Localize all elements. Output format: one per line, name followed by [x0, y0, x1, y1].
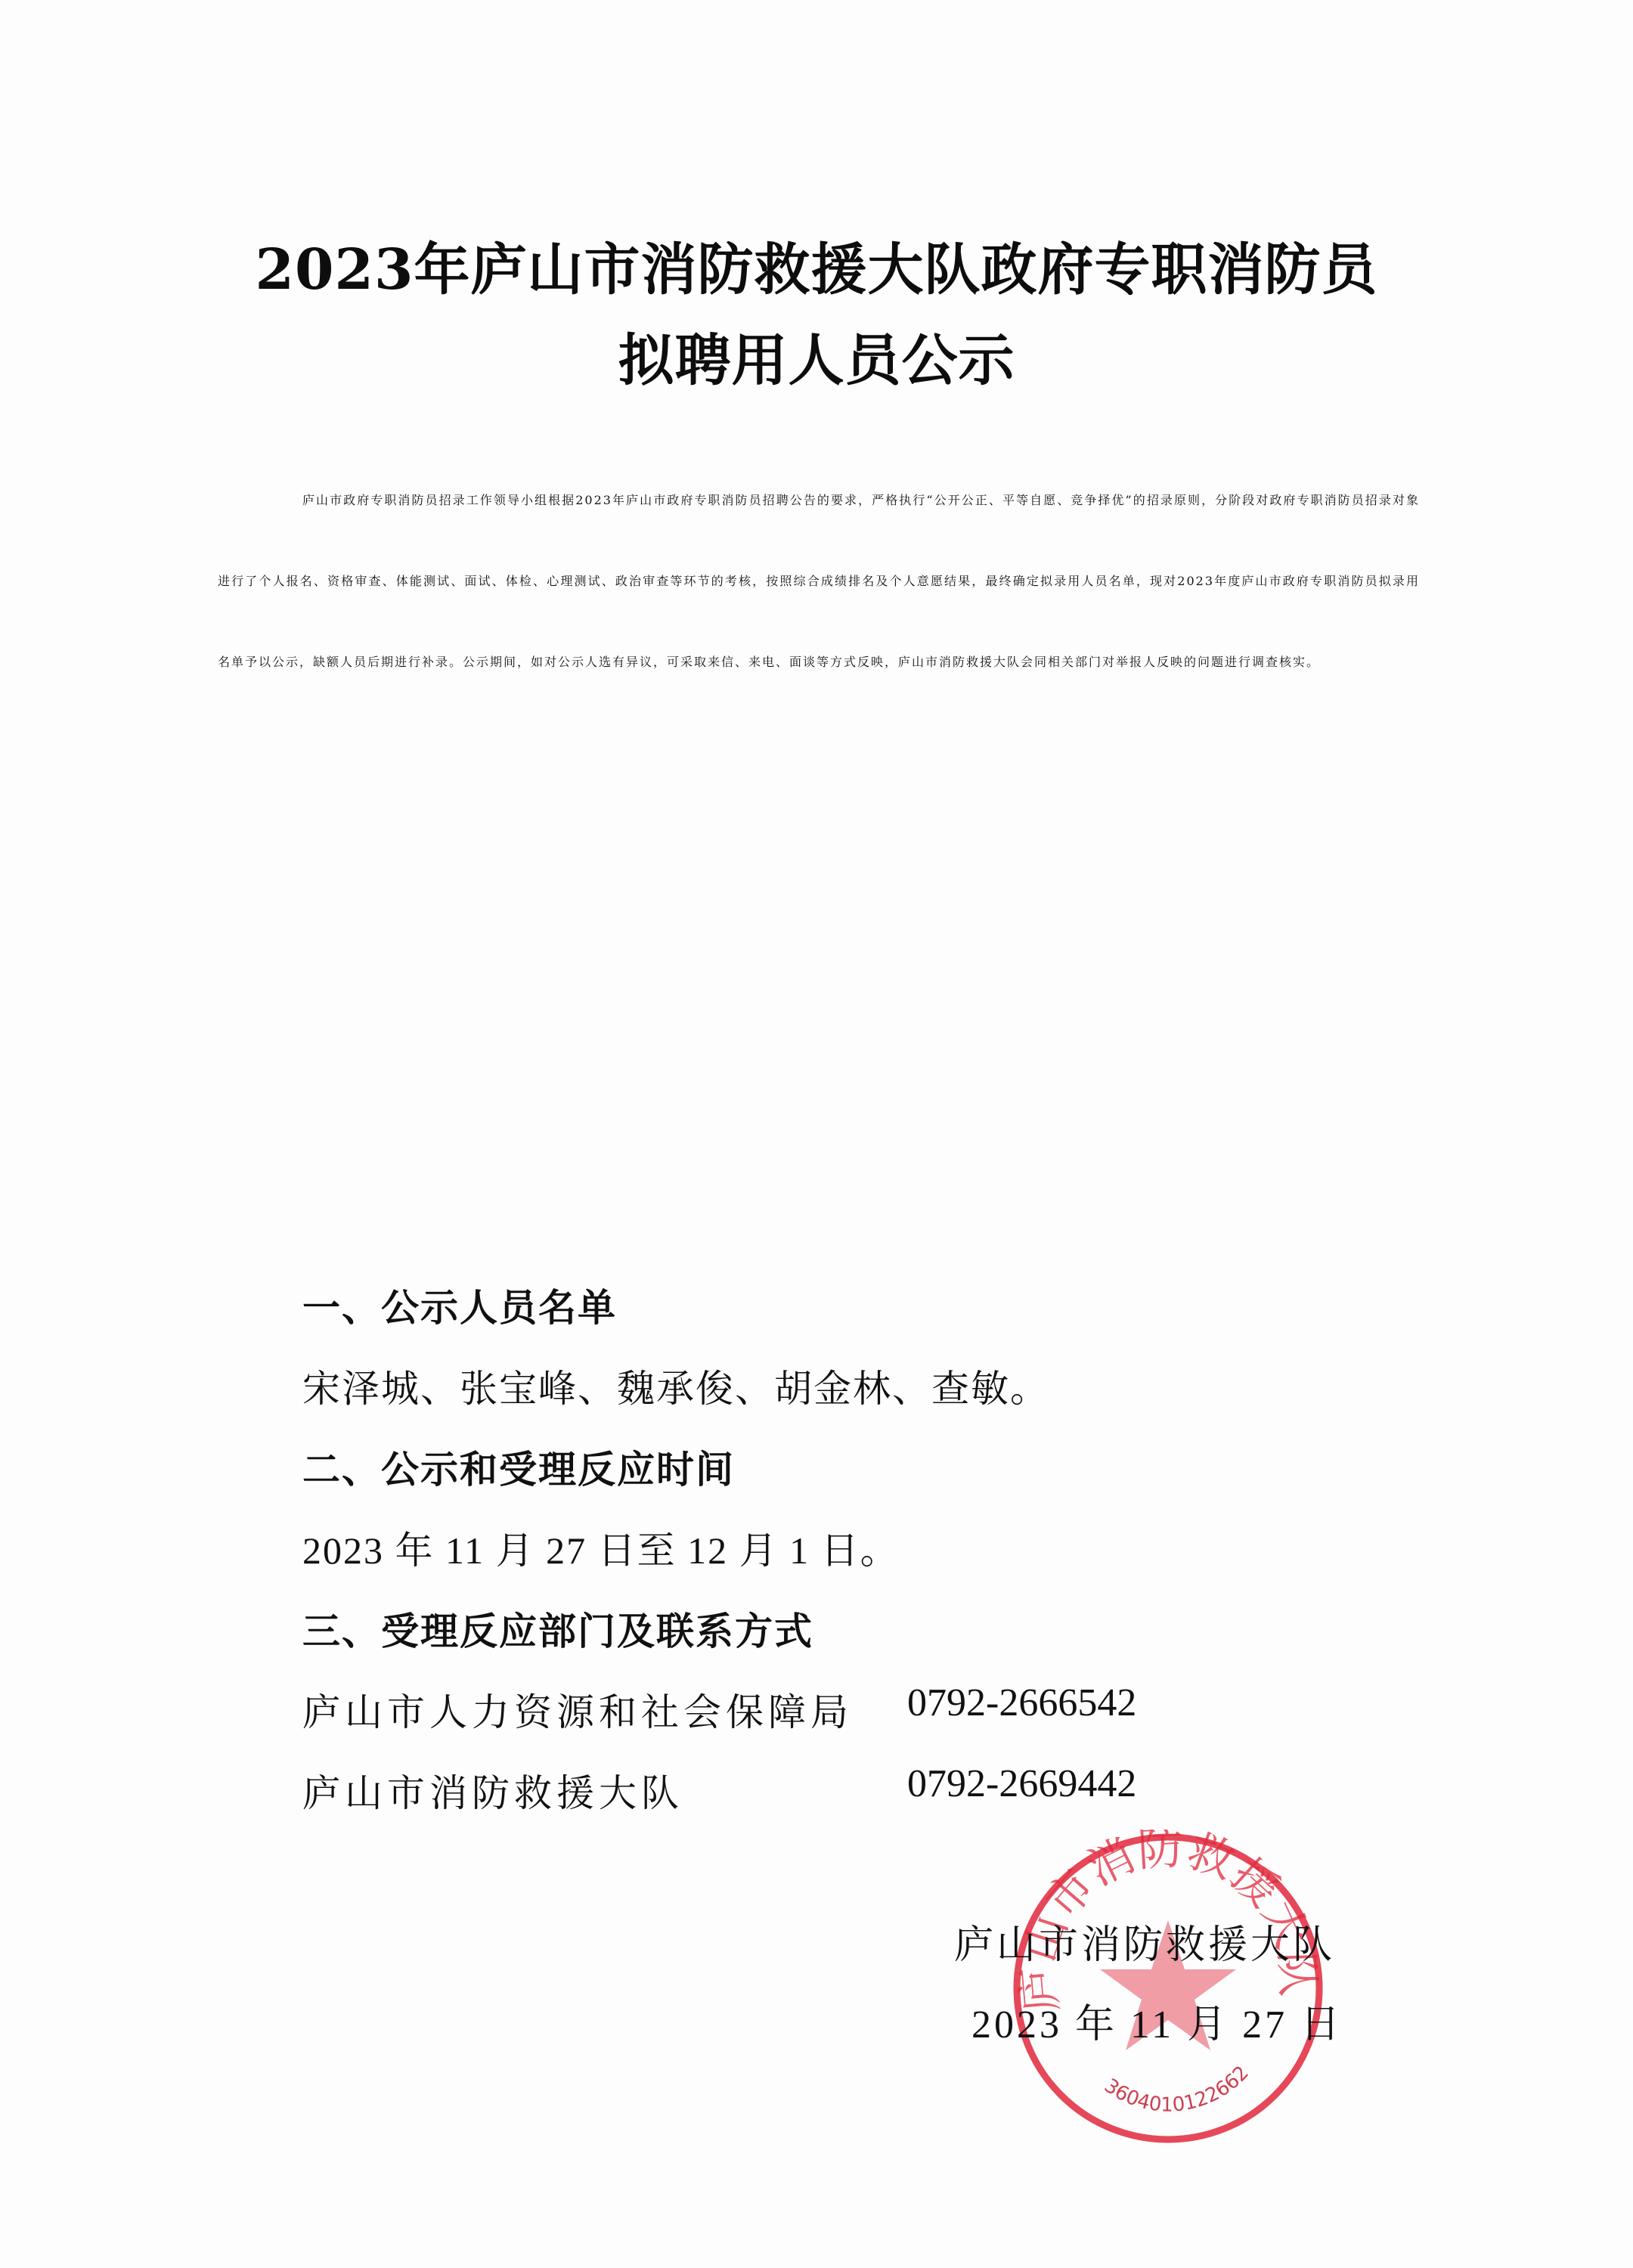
intro-paragraph: 庐山市政府专职消防员招录工作领导小组根据2023年庐山市政府专职消防员招聘公告的… [218, 460, 1420, 702]
contact-phone-fire: 0792-2669442 [907, 1761, 1136, 1806]
seal-code: 3604010122662 [1100, 2062, 1253, 2117]
document-title-line1: 2023年庐山市消防救援大队政府专职消防员 [0, 225, 1633, 305]
document-page: 2023年庐山市消防救援大队政府专职消防员 拟聘用人员公示 庐山市政府专职消防员… [0, 0, 1633, 2268]
document-title-line2: 拟聘用人员公示 [0, 316, 1633, 396]
candidate-names: 宋泽城、张宝峰、魏承俊、胡金林、查敏。 [302, 1359, 1049, 1413]
official-seal-icon: 庐山市消防救援大队 3604010122662 [1009, 1830, 1327, 2147]
contact-department-fire: 庐山市消防救援大队 [302, 1763, 683, 1817]
signature-date: 2023 年 11 月 27 日 [971, 1992, 1343, 2049]
contact-department-hr: 庐山市人力资源和社会保障局 [302, 1682, 853, 1737]
section-heading-list: 一、公示人员名单 [302, 1278, 617, 1332]
section-heading-contacts: 三、受理反应部门及联系方式 [302, 1601, 813, 1656]
contact-phone-hr: 0792-2666542 [907, 1681, 1136, 1725]
section-heading-time: 二、公示和受理反应时间 [302, 1439, 735, 1494]
signature-organization: 庐山市消防救援大队 [954, 1913, 1335, 1969]
svg-text:3604010122662: 3604010122662 [1100, 2062, 1253, 2117]
publicity-period: 2023 年 11 月 27 日至 12 月 1 日。 [302, 1520, 900, 1575]
